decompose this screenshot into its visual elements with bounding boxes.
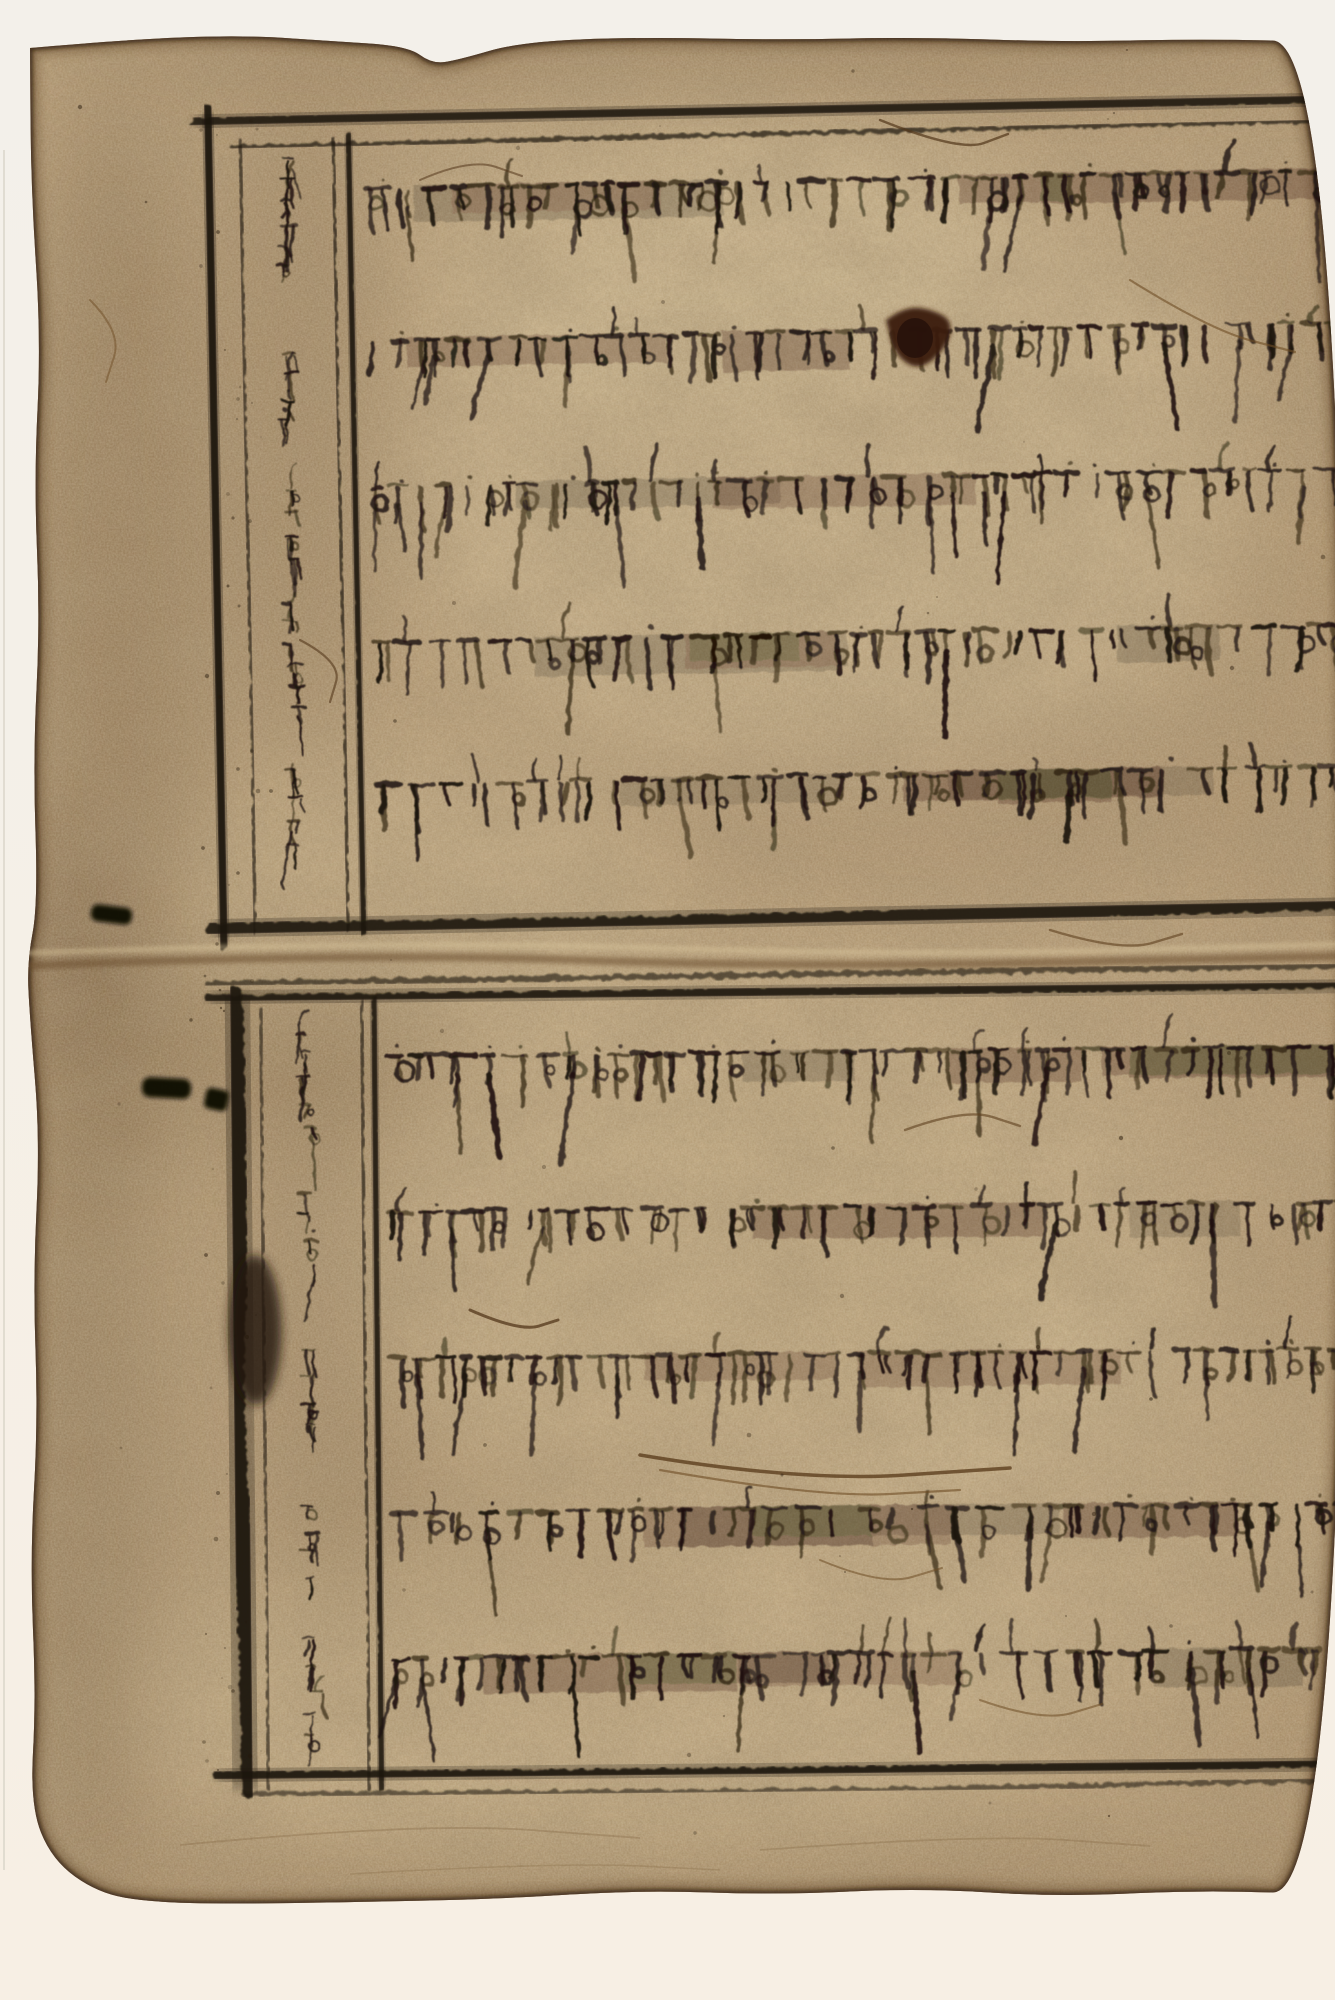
ink-dash-mark	[142, 1077, 192, 1100]
resin-blob-core	[897, 318, 933, 358]
photo-stage	[0, 0, 1335, 2000]
manuscript-photo	[0, 0, 1335, 2000]
